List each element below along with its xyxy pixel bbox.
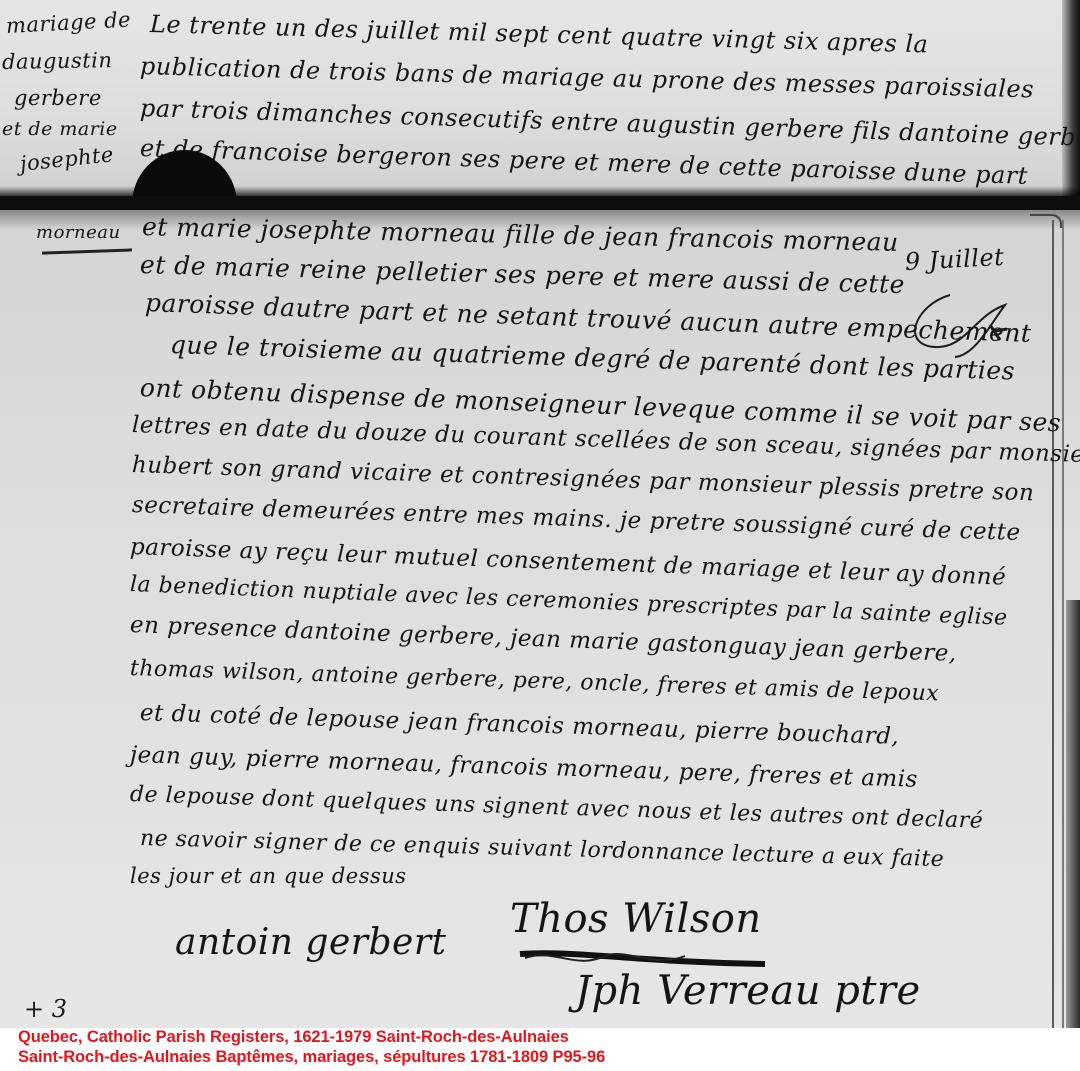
source-caption: Quebec, Catholic Parish Registers, 1621-…: [0, 1028, 1080, 1071]
margin-note-line: et de marie: [2, 118, 118, 140]
caption-line-collection: Quebec, Catholic Parish Registers, 1621-…: [18, 1028, 569, 1047]
binding-line: [1062, 220, 1064, 1028]
register-scan: mariage de daugustin gerbere et de marie…: [0, 0, 1080, 1028]
page-corner: [1030, 214, 1062, 228]
signature-jph-verreau-ptre: Jph Verreau ptre: [575, 968, 921, 1014]
signature-antoin-gerbert: antoin gerbert: [175, 922, 447, 963]
margin-note-morneau: morneau: [36, 222, 121, 243]
record-line: les jour et an que dessus: [130, 864, 407, 888]
margin-note-line: gerbere: [14, 86, 102, 110]
signature-thos-wilson: Thos Wilson: [510, 896, 762, 942]
margin-note-line: daugustin: [2, 48, 113, 74]
binding-line: [1052, 220, 1054, 1028]
page-divider-shadow: [0, 196, 1080, 210]
binding-shadow: [1066, 600, 1080, 1028]
side-note-date: 9 Juillet: [904, 243, 1005, 276]
bottom-margin-marks: + 3: [24, 995, 67, 1023]
crossed-out-signature: [515, 948, 775, 970]
caption-line-register: Saint-Roch-des-Aulnaies Baptêmes, mariag…: [18, 1048, 605, 1067]
